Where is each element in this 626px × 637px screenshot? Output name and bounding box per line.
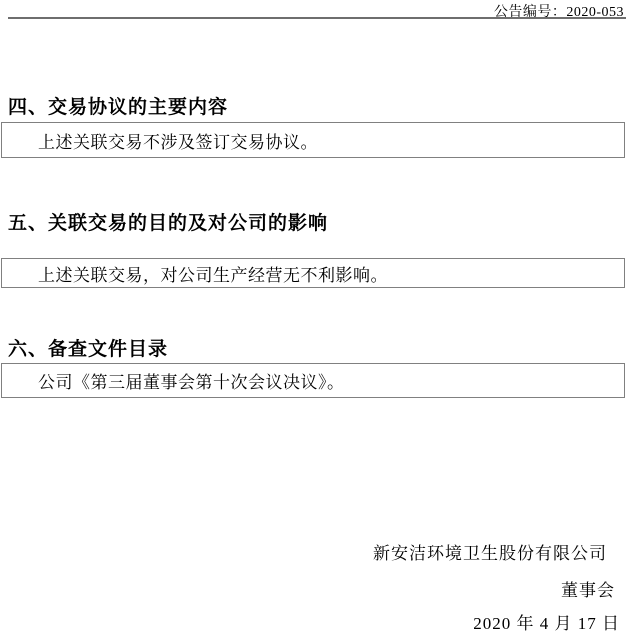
section-body-box-6: 公司《第三届董事会第十次会议决议》。 <box>1 363 625 398</box>
signature-board: 董事会 <box>561 576 615 601</box>
signature-company-name: 新安洁环境卫生股份有限公司 <box>373 539 607 564</box>
section-heading-6: 六、备查文件目录 <box>8 334 168 361</box>
section-body-text-4: 上述关联交易不涉及签订交易协议。 <box>2 128 318 153</box>
document-page: 公告编号：2020-053 四、交易协议的主要内容 上述关联交易不涉及签订交易协… <box>0 0 626 637</box>
section-heading-4: 四、交易协议的主要内容 <box>8 92 228 119</box>
section-body-text-5: 上述关联交易，对公司生产经营无不利影响。 <box>2 261 388 286</box>
section-heading-5: 五、关联交易的目的及对公司的影响 <box>8 208 328 235</box>
section-body-box-5: 上述关联交易，对公司生产经营无不利影响。 <box>1 258 625 288</box>
section-body-text-6: 公司《第三届董事会第十次会议决议》。 <box>2 368 345 393</box>
signature-date: 2020 年 4 月 17 日 <box>473 609 620 634</box>
header-divider <box>8 17 626 19</box>
section-body-box-4: 上述关联交易不涉及签订交易协议。 <box>1 122 625 158</box>
